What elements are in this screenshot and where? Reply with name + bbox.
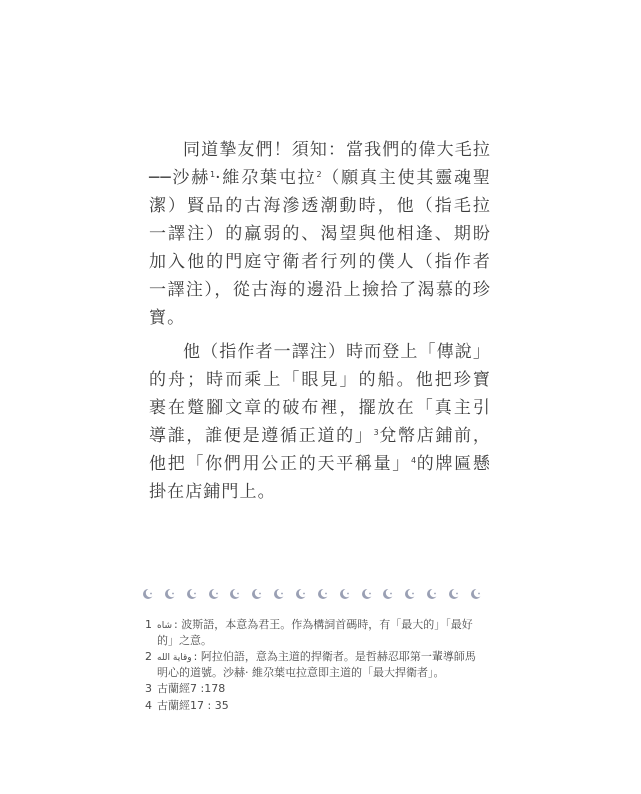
crescent-moon-icon bbox=[142, 588, 154, 600]
footnote-number: 4 bbox=[145, 699, 157, 714]
crescent-moon-icon bbox=[404, 588, 416, 600]
paragraph-1: 同道摯友們！須知：當我們的偉大毛拉──沙赫1·維尕葉屯拉2（願真主使其靈魂聖潔）… bbox=[149, 136, 491, 332]
paragraph-2: 他（指作者一譯注）時而登上「傳說」的舟；時而乘上「眼見」的船。他把珍寶裹在蹩腳文… bbox=[149, 338, 491, 506]
footnotes: 1 شاه: 波斯語，本意為君王。作為構詞首碼時，有「最大的」「最好的」之意。 … bbox=[145, 618, 485, 715]
footnote-text: شاه: 波斯語，本意為君王。作為構詞首碼時，有「最大的」「最好的」之意。 bbox=[157, 618, 485, 648]
crescent-moon-icon bbox=[426, 588, 438, 600]
crescent-moon-icon bbox=[251, 588, 263, 600]
footnote-2: 2 وقاية الله: 阿拉伯語，意為主道的捍衛者。是哲赫忍耶第一輩導師馬明… bbox=[145, 650, 485, 680]
document-page: 同道摯友們！須知：當我們的偉大毛拉──沙赫1·維尕葉屯拉2（願真主使其靈魂聖潔）… bbox=[0, 0, 641, 794]
crescent-moon-icon bbox=[186, 588, 198, 600]
text-segment: ·維尕葉屯拉 bbox=[215, 168, 316, 188]
crescent-moon-icon bbox=[229, 588, 241, 600]
footnote-number: 1 bbox=[145, 618, 157, 648]
crescent-divider bbox=[142, 588, 482, 600]
crescent-moon-icon bbox=[164, 588, 176, 600]
footnote-text: 古蘭經17 : 35 bbox=[157, 699, 485, 714]
crescent-moon-icon bbox=[382, 588, 394, 600]
footnote-4: 4 古蘭經17 : 35 bbox=[145, 699, 485, 714]
footnote-text: وقاية الله: 阿拉伯語，意為主道的捍衛者。是哲赫忍耶第一輩導師馬明心的… bbox=[157, 650, 485, 680]
footnote-number: 2 bbox=[145, 650, 157, 680]
footnote-body: : 阿拉伯語，意為主道的捍衛者。是哲赫忍耶第一輩導師馬明心的道號。沙赫· 維尕葉… bbox=[157, 650, 476, 679]
crescent-moon-icon bbox=[317, 588, 329, 600]
crescent-moon-icon bbox=[208, 588, 220, 600]
body-text: 同道摯友們！須知：當我們的偉大毛拉──沙赫1·維尕葉屯拉2（願真主使其靈魂聖潔）… bbox=[149, 136, 491, 506]
footnote-number: 3 bbox=[145, 682, 157, 697]
footnote-text: 古蘭經7 :178 bbox=[157, 682, 485, 697]
crescent-moon-icon bbox=[448, 588, 460, 600]
footnote-1: 1 شاه: 波斯語，本意為君王。作為構詞首碼時，有「最大的」「最好的」之意。 bbox=[145, 618, 485, 648]
crescent-moon-icon bbox=[361, 588, 373, 600]
footnote-3: 3 古蘭經7 :178 bbox=[145, 682, 485, 697]
arabic-term: وقاية الله bbox=[157, 653, 192, 663]
crescent-moon-icon bbox=[273, 588, 285, 600]
crescent-moon-icon bbox=[295, 588, 307, 600]
text-segment: （願真主使其靈魂聖潔）賢品的古海滲透潮動時，他（指毛拉一譯注）的羸弱的、渴望與他… bbox=[149, 168, 491, 328]
footnote-body: : 波斯語，本意為君王。作為構詞首碼時，有「最大的」「最好的」之意。 bbox=[157, 618, 473, 647]
arabic-term: شاه bbox=[157, 621, 172, 631]
crescent-moon-icon bbox=[339, 588, 351, 600]
crescent-moon-icon bbox=[470, 588, 482, 600]
